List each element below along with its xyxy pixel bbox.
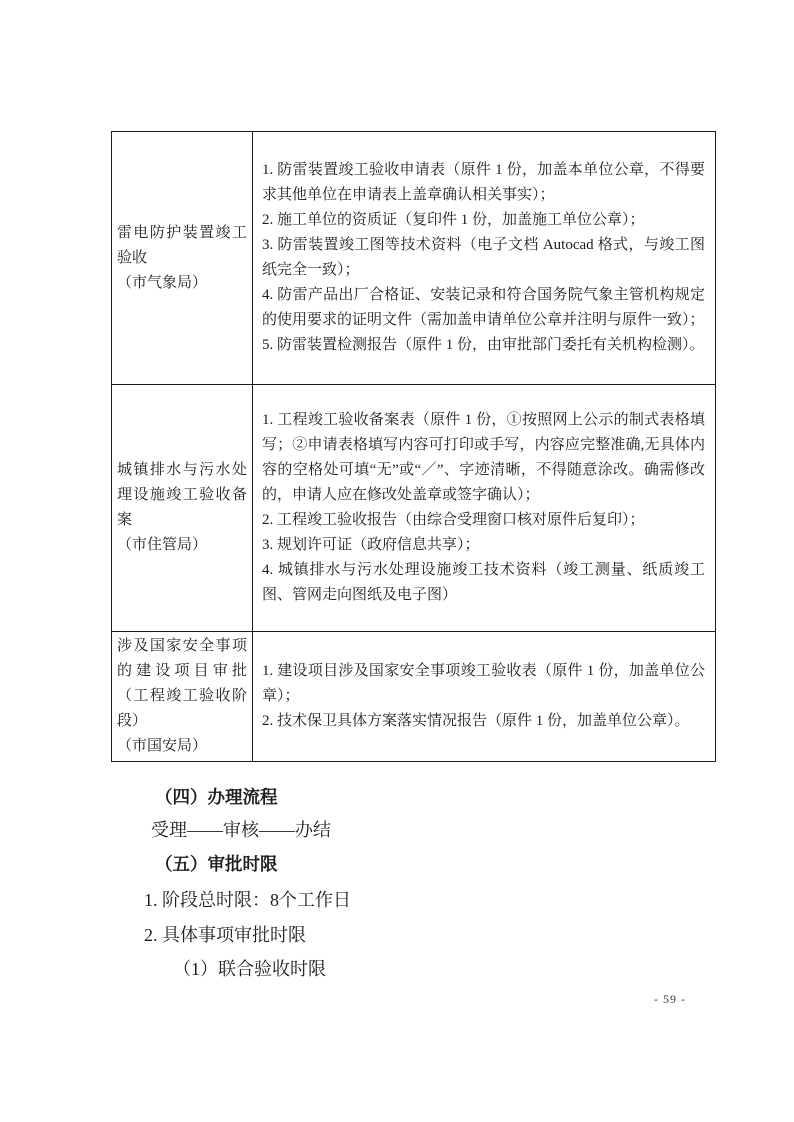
material-item: 2. 技术保卫具体方案落实情况报告（原件 1 份，加盖单位公章）。: [262, 709, 705, 734]
agency-bureau: （市住管局）: [117, 533, 247, 558]
agency-stage: （工程竣工验收阶段）: [117, 684, 247, 734]
materials-cell: 1. 工程竣工验收备案表（原件 1 份，①按照网上公示的制式表格填写；②申请表格…: [253, 385, 716, 632]
material-item: 1. 工程竣工验收备案表（原件 1 份，①按照网上公示的制式表格填写；②申请表格…: [262, 408, 705, 508]
material-item: 2. 施工单位的资质证（复印件 1 份，加盖施工单位公章）；: [262, 208, 705, 233]
material-item: 4. 城镇排水与污水处理设施竣工技术资料（竣工测量、纸质竣工图、管网走向图纸及电…: [262, 558, 705, 608]
agency-title: 城镇排水与污水处理设施竣工验收备案: [117, 458, 247, 533]
limit-line-3: （1）联合验收时限: [173, 955, 326, 981]
limit-line-2: 2. 具体事项审批时限: [144, 921, 306, 947]
agency-cell: 涉及国家安全事项的建设项目审批 （工程竣工验收阶段） （市国安局）: [112, 632, 253, 762]
material-item: 1. 防雷装置竣工验收申请表（原件 1 份，加盖本单位公章，不得要求其他单位在申…: [262, 158, 705, 208]
requirements-table: 雷电防护装置竣工验收 （市气象局） 1. 防雷装置竣工验收申请表（原件 1 份，…: [111, 131, 716, 762]
agency-cell: 雷电防护装置竣工验收 （市气象局）: [112, 132, 253, 385]
page-number: - 59 -: [654, 992, 686, 1007]
agency-bureau: （市国安局）: [117, 734, 247, 759]
table-row: 雷电防护装置竣工验收 （市气象局） 1. 防雷装置竣工验收申请表（原件 1 份，…: [112, 132, 716, 385]
table-row: 涉及国家安全事项的建设项目审批 （工程竣工验收阶段） （市国安局） 1. 建设项…: [112, 632, 716, 762]
document-page: 雷电防护装置竣工验收 （市气象局） 1. 防雷装置竣工验收申请表（原件 1 份，…: [0, 0, 794, 1122]
section-heading-5: （五）审批时限: [155, 851, 278, 876]
materials-cell: 1. 建设项目涉及国家安全事项竣工验收表（原件 1 份，加盖单位公章）； 2. …: [253, 632, 716, 762]
material-item: 5. 防雷装置检测报告（原件 1 份，由审批部门委托有关机构检测）。: [262, 333, 705, 358]
section-heading-4: （四）办理流程: [155, 784, 278, 809]
material-item: 2. 工程竣工验收报告（由综合受理窗口核对原件后复印）；: [262, 508, 705, 533]
material-item: 3. 规划许可证（政府信息共享）；: [262, 533, 705, 558]
material-item: 4. 防雷产品出厂合格证、安装记录和符合国务院气象主管机构规定的使用要求的证明文…: [262, 283, 705, 333]
limit-line-1: 1. 阶段总时限：8个工作日: [144, 886, 351, 912]
table-row: 城镇排水与污水处理设施竣工验收备案 （市住管局） 1. 工程竣工验收备案表（原件…: [112, 385, 716, 632]
materials-cell: 1. 防雷装置竣工验收申请表（原件 1 份，加盖本单位公章，不得要求其他单位在申…: [253, 132, 716, 385]
agency-cell: 城镇排水与污水处理设施竣工验收备案 （市住管局）: [112, 385, 253, 632]
material-item: 1. 建设项目涉及国家安全事项竣工验收表（原件 1 份，加盖单位公章）；: [262, 659, 705, 709]
agency-title: 雷电防护装置竣工验收: [117, 221, 247, 271]
agency-bureau: （市气象局）: [117, 271, 247, 296]
material-item: 3. 防雷装置竣工图等技术资料（电子文档 Autocad 格式，与竣工图纸完全一…: [262, 233, 705, 283]
process-line: 受理——审核——办结: [151, 816, 331, 842]
agency-title: 涉及国家安全事项的建设项目审批: [117, 634, 247, 684]
